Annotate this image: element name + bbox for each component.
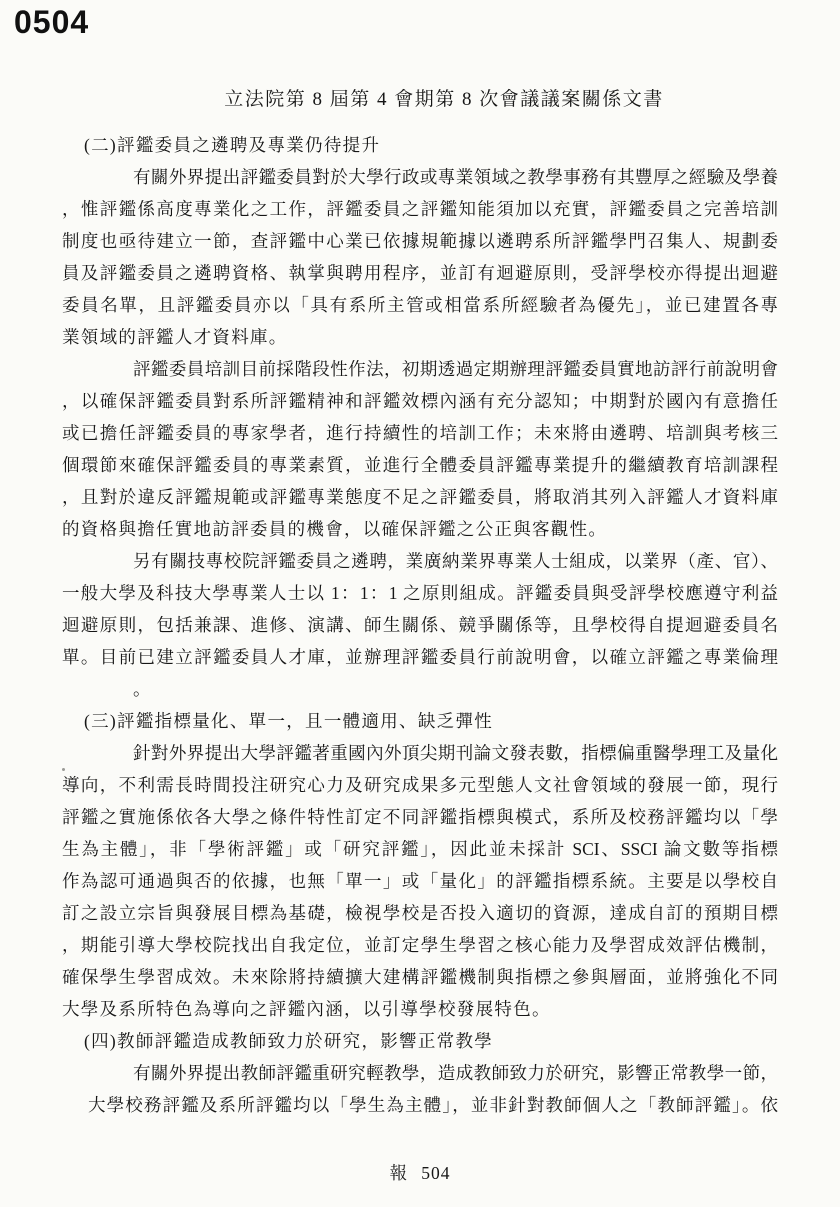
text-line: 的資格與擔任實地訪評委員的機會，以確保評鑑之公正與客觀性。 <box>62 513 840 545</box>
document-header-title: 立法院第 8 屆第 4 會期第 8 次會議議案關係文書 <box>0 84 840 111</box>
text-line: 另有關技專校院評鑑委員之遴聘，業廣納業界專業人士組成，以業界（產、官）、 <box>133 545 778 577</box>
text-line: 生為主體」，非「學術評鑑」或「研究評鑑」，因此並未採計 SCI、SSCI 論文數… <box>62 833 778 865</box>
text-line: 迴避原則，包括兼課、進修、演講、師生關係、競爭關係等，且學校得自提迴避委員名 <box>62 609 778 641</box>
text-line: 有關外界提出教師評鑑重研究輕教學，造成教師致力於研究，影響正常教學一節， <box>133 1057 778 1089</box>
text-line: ，惟評鑑係高度專業化之工作，評鑑委員之評鑑知能須加以充實，評鑑委員之完善培訓 <box>62 193 778 225</box>
text-line: ，且對於違反評鑑規範或評鑑專業態度不足之評鑑委員，將取消其列入評鑑人才資料庫 <box>62 481 778 513</box>
page-footer-number: 報 504 <box>0 1160 840 1185</box>
text-line: 大學及系所特色為導向之評鑑內涵，以引導學校發展特色。 <box>62 993 840 1025</box>
text-line: 作為認可通過與否的依據，也無「單一」或「量化」的評鑑指標系統。主要是以學校自 <box>62 865 778 897</box>
text-line: 針對外界提出大學評鑑著重國內外頂尖期刊論文發表數，指標偏重醫學理工及量化 <box>133 737 778 769</box>
text-line: 有關外界提出評鑑委員對於大學行政或專業領域之教學事務有其豐厚之經驗及學養 <box>133 161 778 193</box>
text-line: (三)評鑑指標量化、單一，且一體適用、缺乏彈性 <box>84 705 840 737</box>
text-line: ，期能引導大學校院找出自我定位，並訂定學生學習之核心能力及學習成效評估機制， <box>62 929 778 961</box>
page-corner-number: 0504 <box>14 4 89 41</box>
text-line: 個環節來確保評鑑委員的專業素質，並進行全體委員評鑑專業提升的繼續教育培訓課程 <box>62 449 778 481</box>
text-line: 制度也亟待建立一節，查評鑑中心業已依據規範據以遴聘系所評鑑學門召集人、規劃委 <box>62 225 778 257</box>
scan-artifact-dot <box>62 768 65 771</box>
text-line: (二)評鑑委員之遴聘及專業仍待提升 <box>84 129 840 161</box>
text-line: 大學校務評鑑及系所評鑑均以「學生為主體」，並非針對教師個人之「教師評鑑」。依 <box>88 1089 778 1121</box>
text-line: 委員名單，且評鑑委員亦以「具有系所主管或相當系所經驗者為優先」，並已建置各專 <box>62 289 778 321</box>
text-line: 確保學生學習成效。未來除將持續擴大建構評鑑機制與指標之參與層面，並將強化不同 <box>62 961 778 993</box>
text-line: 一般大學及科技大學專業人士以 1：1：1 之原則組成。評鑑委員與受評學校應遵守利… <box>62 577 778 609</box>
document-body: (二)評鑑委員之遴聘及專業仍待提升有關外界提出評鑑委員對於大學行政或專業領域之教… <box>0 129 840 1121</box>
text-line: 訂之設立宗旨與發展目標為基礎，檢視學校是否投入適切的資源，達成自訂的預期目標 <box>62 897 778 929</box>
text-line: (四)教師評鑑造成教師致力於研究，影響正常教學 <box>84 1025 840 1057</box>
text-line: 單。目前已建立評鑑委員人才庫，並辦理評鑑委員行前說明會，以確立評鑑之專業倫理 <box>62 641 778 673</box>
text-line: 或已擔任評鑑委員的專家學者，進行持續性的培訓工作；未來將由遴聘、培訓與考核三 <box>62 417 778 449</box>
text-line: 導向，不利需長時間投注研究心力及研究成果多元型態人文社會領域的發展一節，現行 <box>62 769 778 801</box>
text-line: 員及評鑑委員之遴聘資格、執掌與聘用程序，並訂有迴避原則，受評學校亦得提出迴避 <box>62 257 778 289</box>
text-line: 。 <box>133 673 840 705</box>
text-line: ，以確保評鑑委員對系所評鑑精神和評鑑效標內涵有充分認知；中期對於國內有意擔任 <box>62 385 778 417</box>
text-line: 評鑑委員培訓目前採階段性作法，初期透過定期辦理評鑑委員實地訪評行前說明會 <box>133 353 778 385</box>
scanned-document-page: 0504 立法院第 8 屆第 4 會期第 8 次會議議案關係文書 (二)評鑑委員… <box>0 0 840 1207</box>
text-line: 業領域的評鑑人才資料庫。 <box>62 321 840 353</box>
text-line: 評鑑之實施係依各大學之條件特性訂定不同評鑑指標與模式，系所及校務評鑑均以「學 <box>62 801 778 833</box>
